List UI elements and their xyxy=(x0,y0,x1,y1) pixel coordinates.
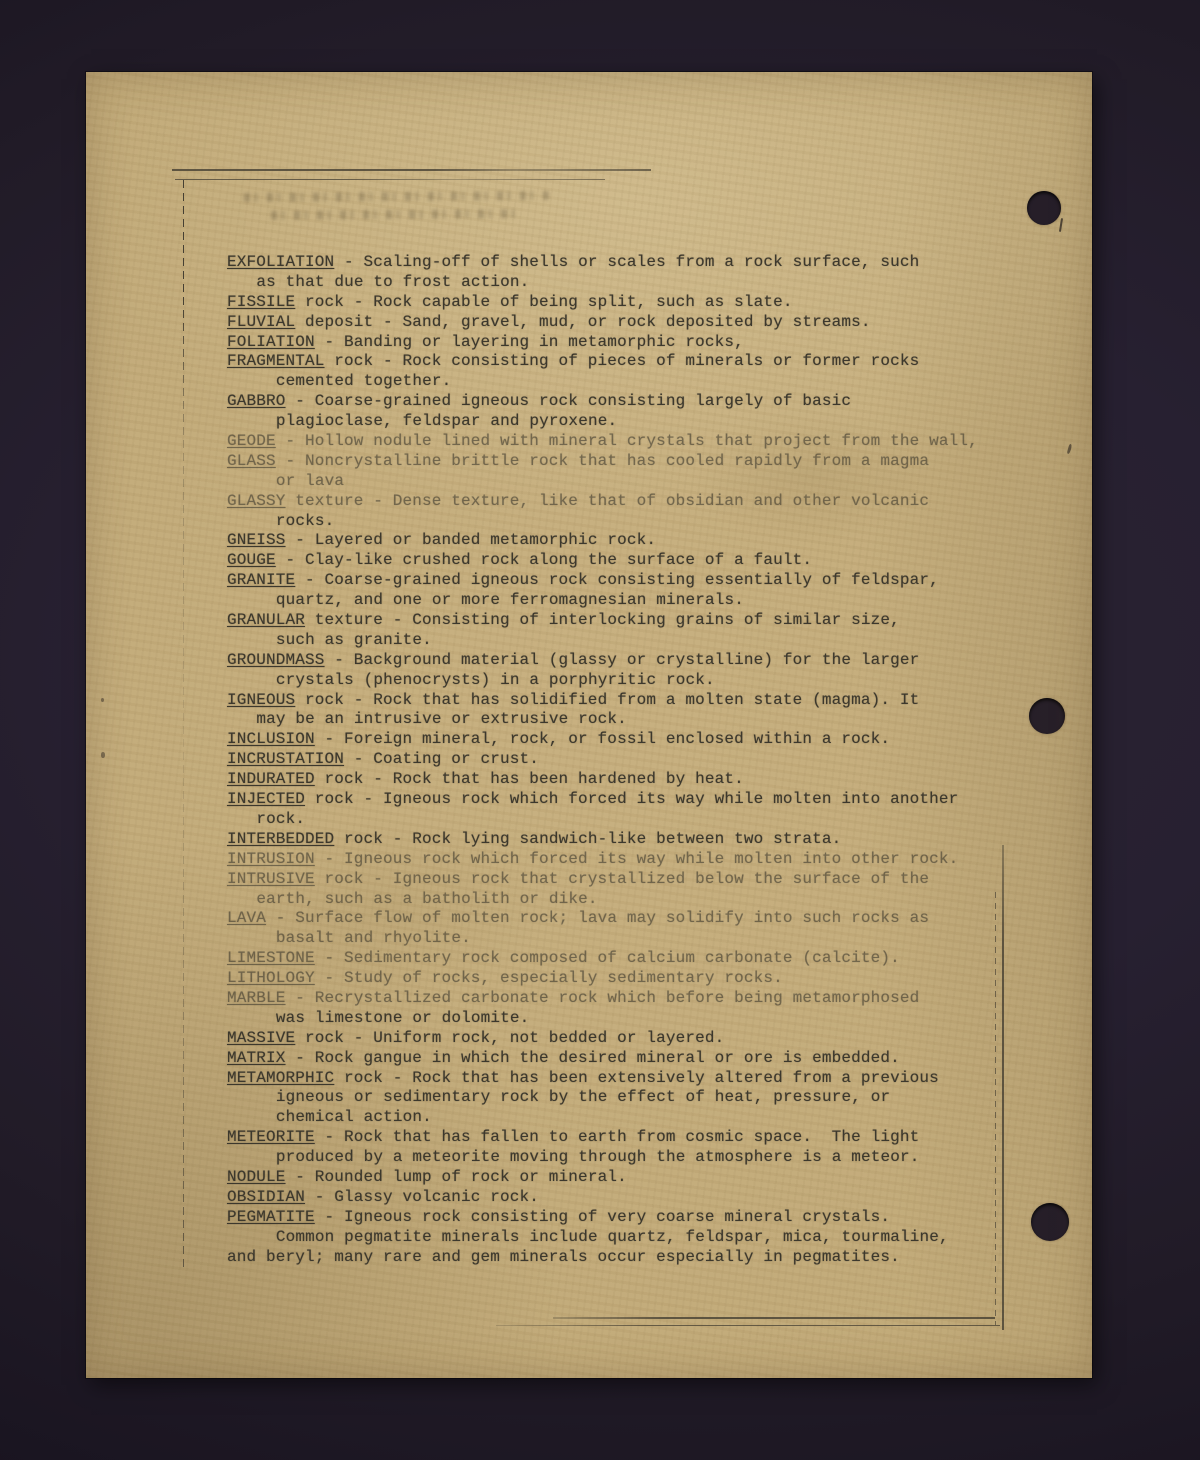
glossary-term: INCRUSTATION xyxy=(227,750,344,768)
glossary-line: rock. xyxy=(227,810,1057,830)
glossary-definition: - Rock gangue in which the desired miner… xyxy=(286,1049,900,1067)
glossary-definition: rock - Rock that has been hardened by he… xyxy=(315,770,744,788)
glossary-definition: such as granite. xyxy=(276,631,432,649)
glossary-line: MATRIX - Rock gangue in which the desire… xyxy=(227,1049,1057,1069)
border-left-dashed-line xyxy=(183,180,184,1268)
glossary-line: quartz, and one or more ferromagnesian m… xyxy=(227,591,1057,611)
glossary-definition: - Scaling-off of shells or scales from a… xyxy=(334,253,919,271)
glossary-term: INTRUSIVE xyxy=(227,870,315,888)
glossary-line: EXFOLIATION - Scaling-off of shells or s… xyxy=(227,253,1057,273)
glossary-line: LIMESTONE - Sedimentary rock composed of… xyxy=(227,949,1057,969)
glossary-term: GLASS xyxy=(227,452,276,470)
glossary-definition: - Glassy volcanic rock. xyxy=(305,1188,539,1206)
glossary-definition: rock - Rock lying sandwich-like between … xyxy=(334,830,841,848)
glossary-line: FISSILE rock - Rock capable of being spl… xyxy=(227,293,1057,313)
glossary-line: was limestone or dolomite. xyxy=(227,1009,1057,1029)
glossary-definition: and beryl; many rare and gem minerals oc… xyxy=(227,1248,900,1266)
glossary-definition: deposit - Sand, gravel, mud, or rock dep… xyxy=(295,313,870,331)
glossary-line: GLASS - Noncrystalline brittle rock that… xyxy=(227,452,1057,472)
glossary-line: earth, such as a batholith or dike. xyxy=(227,890,1057,910)
ink-smudge xyxy=(244,191,549,239)
glossary-definition: cemented together. xyxy=(276,372,452,390)
glossary-line: INTRUSIVE rock - Igneous rock that cryst… xyxy=(227,870,1057,890)
glossary-definition: rock - Igneous rock which forced its way… xyxy=(305,790,958,808)
glossary-line: INCRUSTATION - Coating or crust. xyxy=(227,750,1057,770)
glossary-line: rocks. xyxy=(227,512,1057,532)
glossary-definition: - Rock that has fallen to earth from cos… xyxy=(315,1128,920,1146)
glossary-definition: rock - Rock capable of being split, such… xyxy=(295,293,792,311)
glossary-term: NODULE xyxy=(227,1168,286,1186)
glossary-line: GOUGE - Clay-like crushed rock along the… xyxy=(227,551,1057,571)
glossary-term: FISSILE xyxy=(227,293,295,311)
glossary-definition: - Foreign mineral, rock, or fossil enclo… xyxy=(315,730,890,748)
glossary-definition: was limestone or dolomite. xyxy=(276,1009,530,1027)
glossary-line: FLUVIAL deposit - Sand, gravel, mud, or … xyxy=(227,313,1057,333)
glossary-term: INDURATED xyxy=(227,770,315,788)
border-bottom-inner-line xyxy=(553,1317,995,1319)
glossary-definition: igneous or sedimentary rock by the effec… xyxy=(276,1088,890,1106)
glossary-line: such as granite. xyxy=(227,631,1057,651)
glossary-line: INCLUSION - Foreign mineral, rock, or fo… xyxy=(227,730,1057,750)
glossary-line: igneous or sedimentary rock by the effec… xyxy=(227,1088,1057,1108)
glossary-term: GOUGE xyxy=(227,551,276,569)
ink-smudge-row xyxy=(271,209,521,220)
glossary-term: IGNEOUS xyxy=(227,691,295,709)
glossary-line: GNEISS - Layered or banded metamorphic r… xyxy=(227,531,1057,551)
glossary-definition: - Coarse-grained igneous rock consisting… xyxy=(295,571,939,589)
glossary-definition: - Banding or layering in metamorphic roc… xyxy=(315,333,744,351)
glossary-term: GABBRO xyxy=(227,392,286,410)
glossary-definition: - Study of rocks, especially sedimentary… xyxy=(315,969,783,987)
ink-smudge-row xyxy=(244,191,549,202)
glossary-line: INTRUSION - Igneous rock which forced it… xyxy=(227,850,1057,870)
glossary-term: FOLIATION xyxy=(227,333,315,351)
glossary-line: GRANITE - Coarse-grained igneous rock co… xyxy=(227,571,1057,591)
glossary-line: crystals (phenocrysts) in a porphyritic … xyxy=(227,671,1057,691)
glossary-line: and beryl; many rare and gem minerals oc… xyxy=(227,1248,1057,1268)
glossary-term: GEODE xyxy=(227,432,276,450)
border-top-inner-line xyxy=(175,179,605,180)
glossary-line: GROUNDMASS - Background material (glassy… xyxy=(227,651,1057,671)
glossary-definition: - Rounded lump of rock or mineral. xyxy=(286,1168,627,1186)
glossary-definition: rock - Rock that has been extensively al… xyxy=(334,1069,939,1087)
glossary-definition: - Sedimentary rock composed of calcium c… xyxy=(315,949,900,967)
punch-hole-middle xyxy=(1029,698,1065,734)
glossary-term: INTERBEDDED xyxy=(227,830,334,848)
glossary-line: INDURATED rock - Rock that has been hard… xyxy=(227,770,1057,790)
glossary-line: as that due to frost action. xyxy=(227,273,1057,293)
glossary-definition: texture - Consisting of interlocking gra… xyxy=(305,611,900,629)
glossary-line: MARBLE - Recrystallized carbonate rock w… xyxy=(227,989,1057,1009)
glossary-term: METAMORPHIC xyxy=(227,1069,334,1087)
glossary-line: LAVA - Surface flow of molten rock; lava… xyxy=(227,909,1057,929)
glossary-definition: rocks. xyxy=(276,512,335,530)
glossary-term: PEGMATITE xyxy=(227,1208,315,1226)
glossary-line: NODULE - Rounded lump of rock or mineral… xyxy=(227,1168,1057,1188)
punch-hole-bottom xyxy=(1031,1203,1069,1241)
glossary-line: OBSIDIAN - Glassy volcanic rock. xyxy=(227,1188,1057,1208)
glossary-line: GEODE - Hollow nodule lined with mineral… xyxy=(227,432,1057,452)
glossary-line: IGNEOUS rock - Rock that has solidified … xyxy=(227,691,1057,711)
glossary-line: GRANULAR texture - Consisting of interlo… xyxy=(227,611,1057,631)
glossary-line: GLASSY texture - Dense texture, like tha… xyxy=(227,492,1057,512)
glossary-term: INCLUSION xyxy=(227,730,315,748)
glossary-definition: crystals (phenocrysts) in a porphyritic … xyxy=(276,671,715,689)
glossary-line: MASSIVE rock - Uniform rock, not bedded … xyxy=(227,1029,1057,1049)
glossary-definition: rock - Igneous rock that crystallized be… xyxy=(315,870,929,888)
border-top-outer-line xyxy=(172,169,651,171)
glossary-line: LITHOLOGY - Study of rocks, especially s… xyxy=(227,969,1057,989)
glossary-line: FRAGMENTAL rock - Rock consisting of pie… xyxy=(227,352,1057,372)
glossary-definition: rock - Uniform rock, not bedded or layer… xyxy=(295,1029,724,1047)
punch-hole-top xyxy=(1027,191,1061,225)
glossary-term: MASSIVE xyxy=(227,1029,295,1047)
glossary-definition: basalt and rhyolite. xyxy=(276,929,471,947)
glossary-definition: - Hollow nodule lined with mineral cryst… xyxy=(276,432,978,450)
glossary-term: FRAGMENTAL xyxy=(227,352,325,370)
glossary-line: chemical action. xyxy=(227,1108,1057,1128)
glossary-term: METEORITE xyxy=(227,1128,315,1146)
glossary-term: MARBLE xyxy=(227,989,286,1007)
glossary-term: GNEISS xyxy=(227,531,286,549)
glossary-line: GABBRO - Coarse-grained igneous rock con… xyxy=(227,392,1057,412)
glossary-definition: - Noncrystalline brittle rock that has c… xyxy=(276,452,929,470)
glossary-definition: or lava xyxy=(276,472,344,490)
glossary-definition: - Layered or banded metamorphic rock. xyxy=(286,531,657,549)
glossary-line: produced by a meteorite moving through t… xyxy=(227,1148,1057,1168)
glossary-definition: earth, such as a batholith or dike. xyxy=(256,890,597,908)
glossary-line: METEORITE - Rock that has fallen to eart… xyxy=(227,1128,1057,1148)
glossary-definition: - Clay-like crushed rock along the surfa… xyxy=(276,551,812,569)
glossary-term: OBSIDIAN xyxy=(227,1188,305,1206)
border-bottom-outer-line xyxy=(496,1325,1000,1326)
glossary-line: INTERBEDDED rock - Rock lying sandwich-l… xyxy=(227,830,1057,850)
glossary-term: INTRUSION xyxy=(227,850,315,868)
glossary-line: PEGMATITE - Igneous rock consisting of v… xyxy=(227,1208,1057,1228)
glossary-definition: - Background material (glassy or crystal… xyxy=(325,651,920,669)
glossary-definition: - Surface flow of molten rock; lava may … xyxy=(266,909,929,927)
glossary-definition: rock - Rock that has solidified from a m… xyxy=(295,691,919,709)
glossary-term: EXFOLIATION xyxy=(227,253,334,271)
ink-speck xyxy=(101,752,105,758)
scan-background: EXFOLIATION - Scaling-off of shells or s… xyxy=(0,0,1200,1460)
glossary-definition: - Coarse-grained igneous rock consisting… xyxy=(286,392,852,410)
glossary-definition: rock. xyxy=(256,810,305,828)
glossary-line: INJECTED rock - Igneous rock which force… xyxy=(227,790,1057,810)
glossary-term: LIMESTONE xyxy=(227,949,315,967)
glossary-term: LAVA xyxy=(227,909,266,927)
glossary-definition: - Igneous rock consisting of very coarse… xyxy=(315,1208,890,1226)
glossary-term: GRANITE xyxy=(227,571,295,589)
glossary-definition: chemical action. xyxy=(276,1108,432,1126)
glossary-line: plagioclase, feldspar and pyroxene. xyxy=(227,412,1057,432)
glossary-term: FLUVIAL xyxy=(227,313,295,331)
glossary-line: METAMORPHIC rock - Rock that has been ex… xyxy=(227,1069,1057,1089)
glossary-definition: quartz, and one or more ferromagnesian m… xyxy=(276,591,744,609)
glossary-term: LITHOLOGY xyxy=(227,969,315,987)
glossary-definition: may be an intrusive or extrusive rock. xyxy=(256,710,627,728)
glossary-definition: produced by a meteorite moving through t… xyxy=(276,1148,920,1166)
document-page: EXFOLIATION - Scaling-off of shells or s… xyxy=(86,72,1092,1378)
glossary-line: basalt and rhyolite. xyxy=(227,929,1057,949)
glossary-term: MATRIX xyxy=(227,1049,286,1067)
glossary-term: GROUNDMASS xyxy=(227,651,325,669)
glossary-line: Common pegmatite minerals include quartz… xyxy=(227,1228,1057,1248)
glossary-term: GLASSY xyxy=(227,492,286,510)
glossary-definition: plagioclase, feldspar and pyroxene. xyxy=(276,412,617,430)
glossary-definition: - Coating or crust. xyxy=(344,750,539,768)
ink-speck xyxy=(1067,444,1073,454)
glossary-definition: - Recrystallized carbonate rock which be… xyxy=(286,989,920,1007)
glossary-definition: - Igneous rock which forced its way whil… xyxy=(315,850,959,868)
glossary-definition: texture - Dense texture, like that of ob… xyxy=(286,492,930,510)
glossary-line: or lava xyxy=(227,472,1057,492)
glossary-text: EXFOLIATION - Scaling-off of shells or s… xyxy=(227,253,1057,1267)
ink-speck xyxy=(1059,218,1063,232)
glossary-term: GRANULAR xyxy=(227,611,305,629)
ink-speck xyxy=(101,698,104,702)
glossary-definition: rock - Rock consisting of pieces of mine… xyxy=(325,352,920,370)
glossary-definition: Common pegmatite minerals include quartz… xyxy=(276,1228,949,1246)
glossary-line: may be an intrusive or extrusive rock. xyxy=(227,710,1057,730)
glossary-line: cemented together. xyxy=(227,372,1057,392)
glossary-definition: as that due to frost action. xyxy=(256,273,529,291)
glossary-line: FOLIATION - Banding or layering in metam… xyxy=(227,333,1057,353)
glossary-term: INJECTED xyxy=(227,790,305,808)
